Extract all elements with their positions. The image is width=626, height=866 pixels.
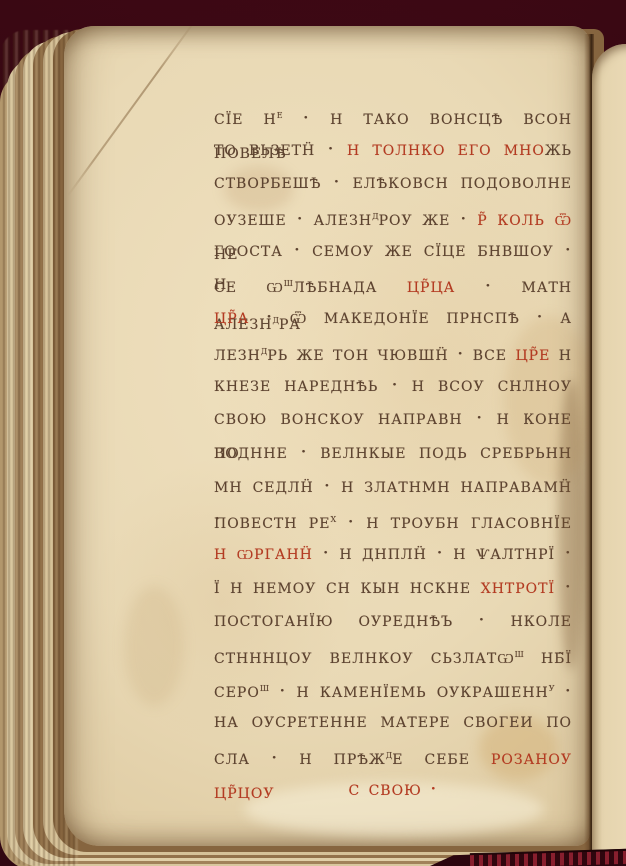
- manuscript-line: повестн рех · н троубн гласовнїе: [214, 502, 572, 536]
- manuscript-line: гооста · семоу же сїце бнвшоу · н: [214, 233, 572, 267]
- text-block: сїе не · н тако вонсцѣ всон повелѣто вьз…: [214, 98, 572, 805]
- ink-text: ·: [555, 678, 572, 702]
- manuscript-line: се ѡшлѣбнада цр̃ца · матн алезндра: [214, 266, 572, 300]
- ink-text: повестн ре: [214, 509, 330, 533]
- manuscript-line: кнезе нареднѣь · н всоу снлноу: [214, 368, 572, 402]
- facing-page-sliver: [592, 44, 626, 866]
- ink-text: то вьзетн̈ ·: [214, 136, 347, 160]
- manuscript-photo: сїе не · н тако вонсцѣ всон повелѣто вьз…: [0, 0, 626, 866]
- ink-text: на оусретенне матере свогеи по: [214, 708, 572, 732]
- manuscript-line: стнннцоу велнкоу сьзлатѡш нб̃ї: [214, 637, 572, 671]
- manuscript-line: сїе не · н тако вонсцѣ всон повелѣ: [214, 98, 572, 132]
- ink-text: оузеше · алезн: [214, 206, 372, 230]
- ink-text: воднне · велнкые подь сребрьнн: [214, 439, 572, 463]
- ink-text: н: [550, 341, 572, 365]
- gutter-smudge: [558, 380, 584, 670]
- ink-text: створбешѣ · елѣковсн подоволне: [214, 169, 572, 193]
- manuscript-line: н ѡрганн̈ · н днплн̈ · н ѱалтнрї ·: [214, 536, 572, 570]
- ink-text: лезн: [214, 341, 261, 365]
- manuscript-line: лезндрь же тон чювшн̈ · все цр̃е н: [214, 334, 572, 368]
- ink-text: ї н немоу сн кын нскне: [214, 574, 481, 598]
- ink-text: стнннцоу велнкоу сьзлатѡ: [214, 644, 515, 668]
- ink-text: кнезе нареднѣь · н всоу снлноу: [214, 372, 572, 396]
- ink-text: · ѿ македонїе прнспѣ · а: [249, 304, 572, 328]
- ink-text: серо: [214, 678, 260, 702]
- ink-text: сїе н: [214, 105, 277, 129]
- rubric-text: цр̃ца: [407, 273, 455, 297]
- ink-text: · н троубн гласовнїе: [336, 509, 572, 533]
- page-stain: [124, 586, 184, 706]
- rubric-text: н ѡрганн̈: [214, 540, 313, 564]
- ink-text: · н каменїемь оукрашенн: [269, 678, 549, 702]
- rubric-text: цр̃е: [515, 341, 550, 365]
- ink-text: ш: [515, 647, 524, 660]
- ink-text: рь же тон чювшн̈ · все: [267, 341, 515, 365]
- manuscript-line: сла · н прѣжде себе розаноу цр̃цоу: [214, 738, 572, 772]
- ink-text: постоганїю оуреднѣъ · нколе: [214, 607, 572, 631]
- manuscript-line: мн седлн̈ · н златнмн направамн̈ ·: [214, 469, 572, 503]
- rubric-text: цр̃а: [214, 304, 249, 328]
- manuscript-line: створбешѣ · елѣковсн подоволне: [214, 165, 572, 199]
- ink-text: · н днплн̈ · н ѱалтнрї ·: [313, 540, 572, 564]
- ink-text: ш: [260, 681, 269, 694]
- manuscript-line: цр̃а · ѿ македонїе прнспѣ · а: [214, 300, 572, 334]
- ink-text: жь: [545, 136, 572, 160]
- rubric-text: с свою ·: [349, 776, 438, 800]
- ink-text: роу же ·: [379, 206, 478, 230]
- manuscript-line: свою вонскоу направн · н коне по: [214, 401, 572, 435]
- ink-text: сла · н прѣж: [214, 745, 386, 769]
- rubric-text: н толнко его мно: [347, 136, 545, 160]
- rubric-text: р̃ коль ѿ: [477, 206, 572, 230]
- page-crease: [67, 26, 198, 197]
- ink-text: се ѡ: [214, 273, 284, 297]
- manuscript-line: воднне · велнкые подь сребрьнн: [214, 435, 572, 469]
- manuscript-line: то вьзетн̈ · н толнко его множь: [214, 132, 572, 166]
- ink-text: е себе: [392, 745, 491, 769]
- ink-text: лѣбнада: [293, 273, 407, 297]
- manuscript-line: постоганїю оуреднѣъ · нколе: [214, 603, 572, 637]
- rubric-text: хнтротї: [481, 574, 555, 598]
- manuscript-line: серош · н каменїемь оукрашенну ·: [214, 671, 572, 705]
- manuscript-line: ї н немоу сн кын нскне хнтротї ·: [214, 570, 572, 604]
- manuscript-line: на оусретенне матере свогеи по: [214, 704, 572, 738]
- ink-text: ш: [284, 276, 293, 289]
- manuscript-line: оузеше · алезндроу же · р̃ коль ѿ не: [214, 199, 572, 233]
